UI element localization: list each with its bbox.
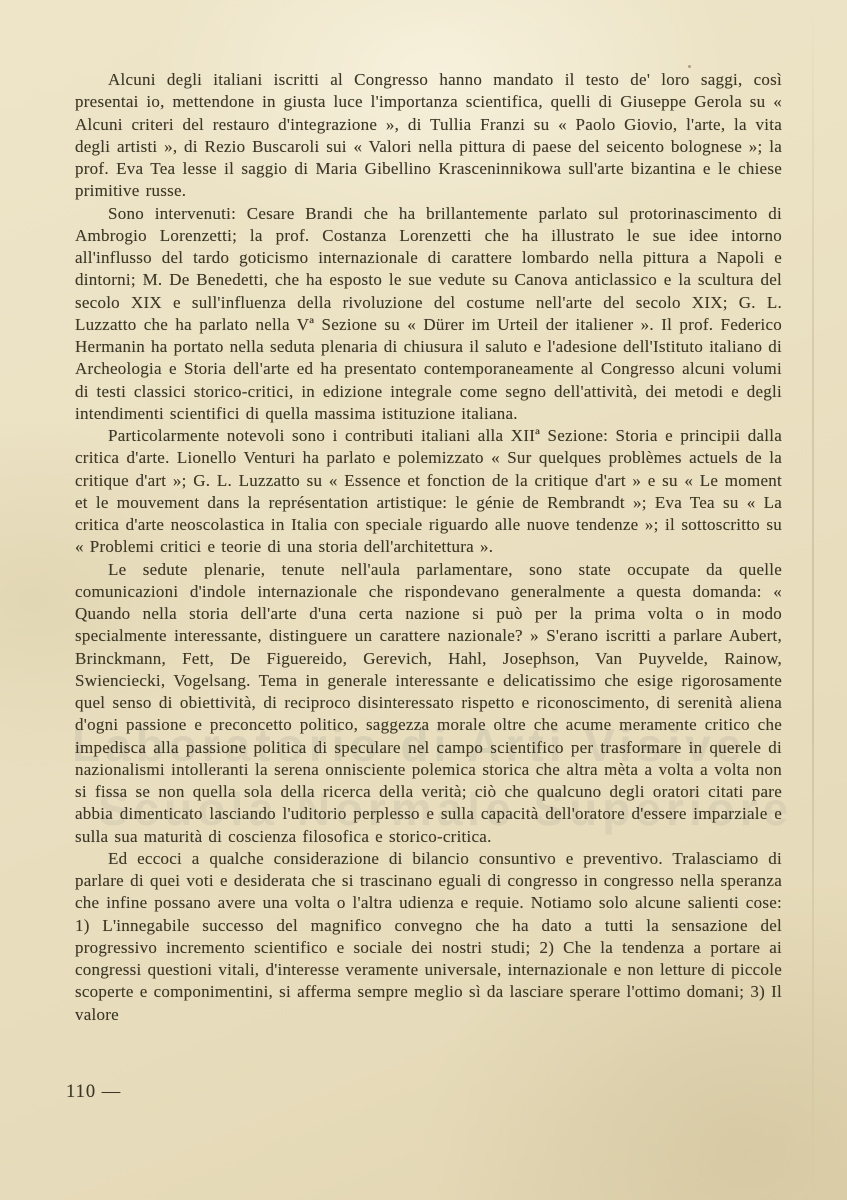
body-text-block: Alcuni degli italiani iscritti al Congre… [75,69,782,1071]
paragraph-5: Ed eccoci a qualche considerazione di bi… [75,848,782,1026]
paragraph-4: Le sedute plenarie, tenute nell'aula par… [75,559,782,848]
paper-crease [812,0,814,1200]
page-number: 110 — [66,1082,121,1103]
paper-speck [688,65,691,68]
paragraph-3: Particolarmente notevoli sono i contribu… [75,425,782,559]
paragraph-1: Alcuni degli italiani iscritti al Congre… [75,69,782,203]
scanned-page: Laboratorio di Arti Visive Scuola Normal… [0,0,847,1200]
paragraph-2: Sono intervenuti: Cesare Brandi che ha b… [75,203,782,426]
